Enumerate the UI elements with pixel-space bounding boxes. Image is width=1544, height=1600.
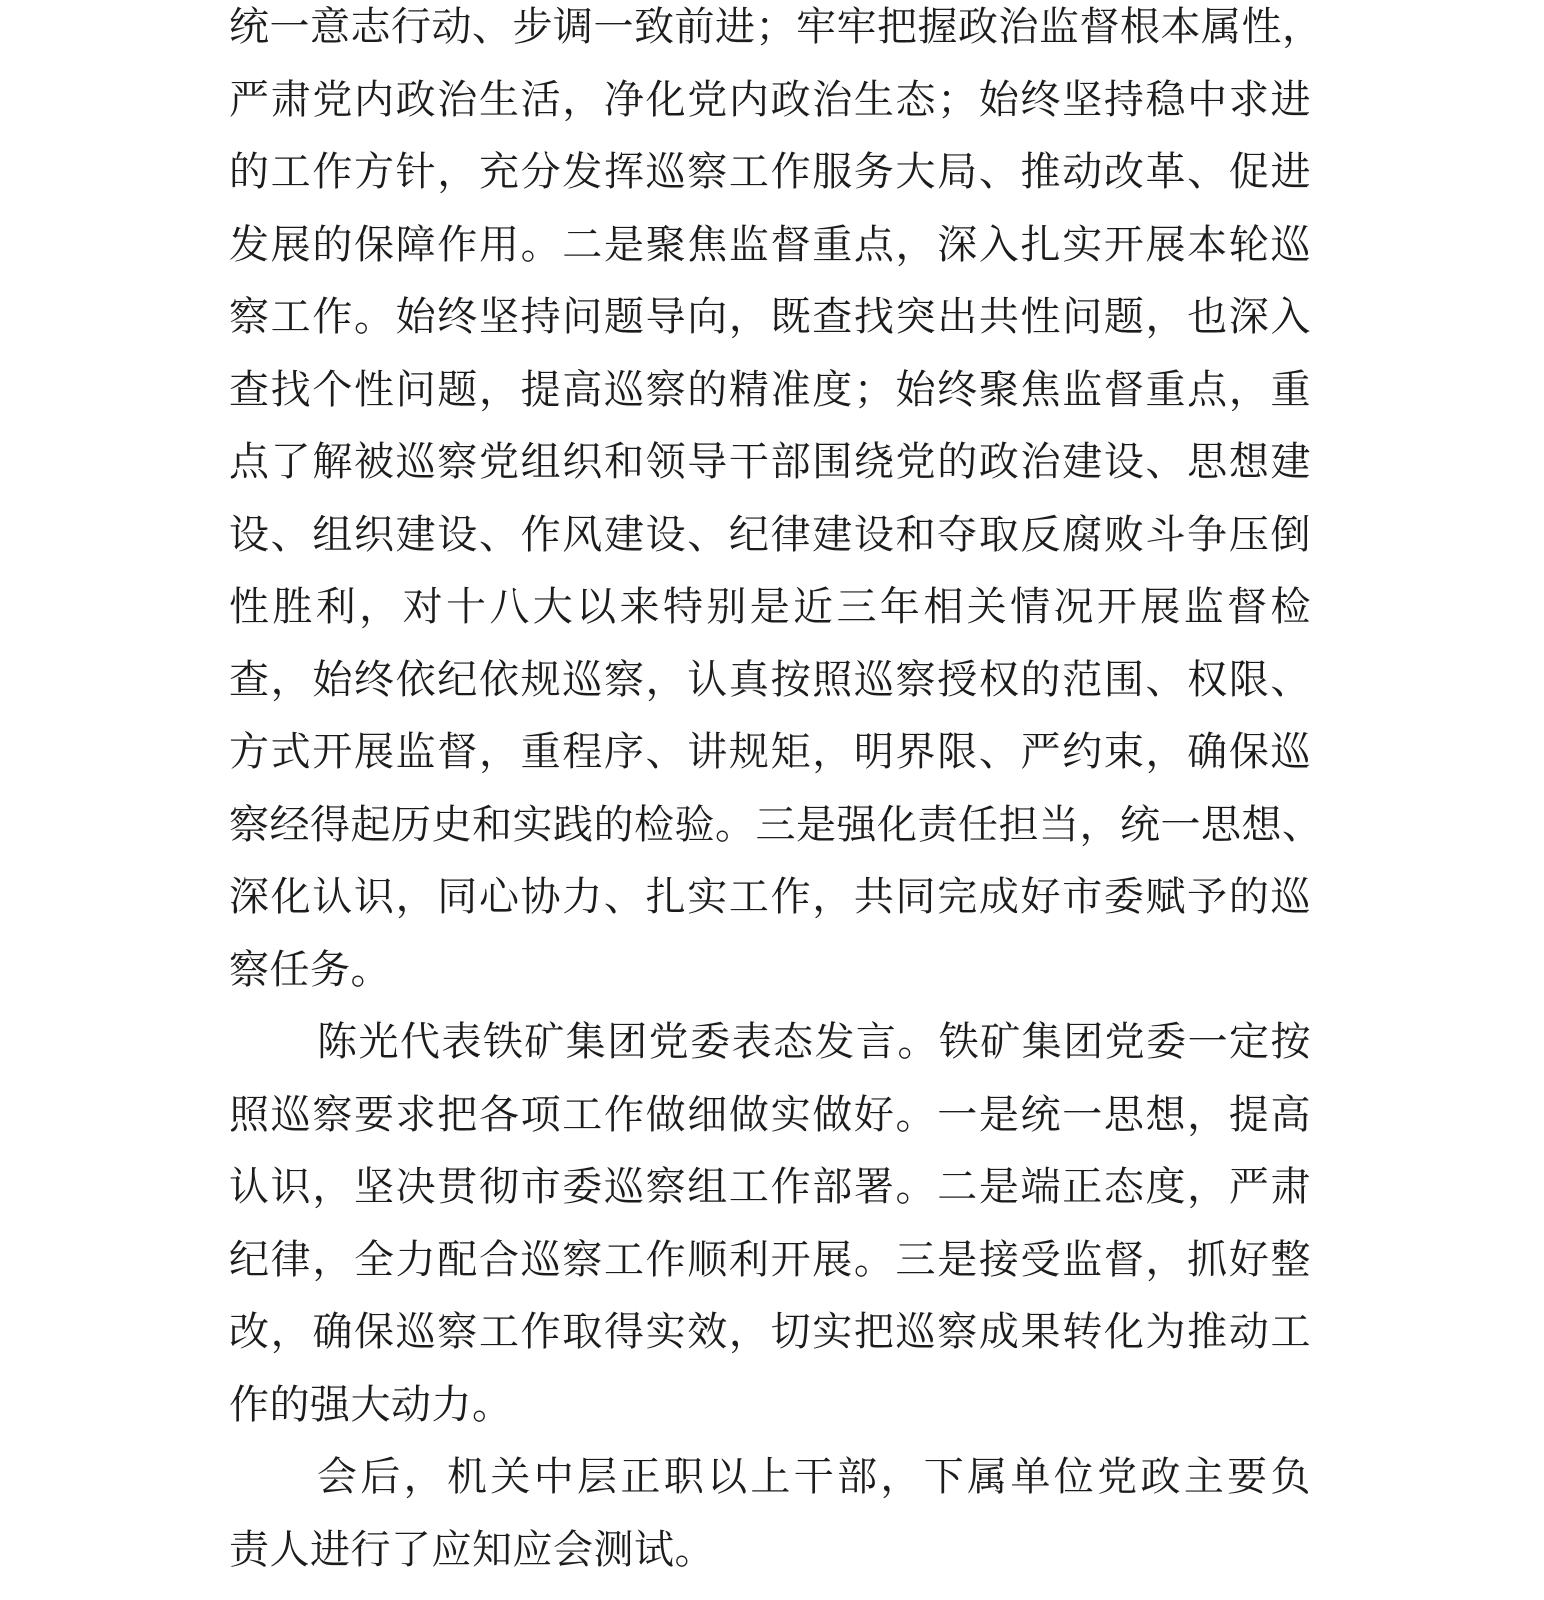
text-line: 性胜利，对十八大以来特别是近三年相关情况开展监督检 [229, 571, 1311, 644]
text-line: 设、组织建设、作风建设、纪律建设和夺取反腐败斗争压倒 [229, 499, 1311, 572]
text-line: 察经得起历史和实践的检验。三是强化责任担当，统一思想、 [229, 789, 1311, 862]
text-line: 统一意志行动、步调一致前进；牢牢把握政治监督根本属性， [229, 0, 1311, 64]
text-line: 查，始终依纪依规巡察，认真按照巡察授权的范围、权限、 [229, 644, 1311, 717]
document-page: 统一意志行动、步调一致前进；牢牢把握政治监督根本属性， 严肃党内政治生活，净化党… [0, 0, 1544, 1591]
text-line: 发展的保障作用。二是聚焦监督重点，深入扎实开展本轮巡 [229, 209, 1311, 282]
text-line: 改，确保巡察工作取得实效，切实把巡察成果转化为推动工 [229, 1296, 1311, 1369]
text-line: 陈光代表铁矿集团党委表态发言。铁矿集团党委一定按 [229, 1006, 1311, 1079]
text-line: 察任务。 [229, 934, 1311, 1007]
document-body: 统一意志行动、步调一致前进；牢牢把握政治监督根本属性， 严肃党内政治生活，净化党… [229, 0, 1311, 1586]
text-line: 纪律，全力配合巡察工作顺利开展。三是接受监督，抓好整 [229, 1224, 1311, 1297]
text-line: 查找个性问题，提高巡察的精准度；始终聚焦监督重点，重 [229, 354, 1311, 427]
text-line: 深化认识，同心协力、扎实工作，共同完成好市委赋予的巡 [229, 861, 1311, 934]
text-line: 察工作。始终坚持问题导向，既查找突出共性问题，也深入 [229, 281, 1311, 354]
text-line: 严肃党内政治生活，净化党内政治生态；始终坚持稳中求进 [229, 64, 1311, 137]
paragraph: 统一意志行动、步调一致前进；牢牢把握政治监督根本属性， 严肃党内政治生活，净化党… [229, 0, 1311, 1006]
text-line: 的工作方针，充分发挥巡察工作服务大局、推动改革、促进 [229, 136, 1311, 209]
text-line: 会后，机关中层正职以上干部，下属单位党政主要负 [229, 1441, 1311, 1514]
text-line: 照巡察要求把各项工作做细做实做好。一是统一思想，提高 [229, 1079, 1311, 1152]
paragraph: 会后，机关中层正职以上干部，下属单位党政主要负 责人进行了应知应会测试。 [229, 1441, 1311, 1586]
text-line: 作的强大动力。 [229, 1369, 1311, 1442]
text-line: 点了解被巡察党组织和领导干部围绕党的政治建设、思想建 [229, 426, 1311, 499]
text-line: 方式开展监督，重程序、讲规矩，明界限、严约束，确保巡 [229, 716, 1311, 789]
text-line: 认识，坚决贯彻市委巡察组工作部署。二是端正态度，严肃 [229, 1151, 1311, 1224]
text-line: 责人进行了应知应会测试。 [229, 1514, 1311, 1587]
paragraph: 陈光代表铁矿集团党委表态发言。铁矿集团党委一定按 照巡察要求把各项工作做细做实做… [229, 1006, 1311, 1441]
